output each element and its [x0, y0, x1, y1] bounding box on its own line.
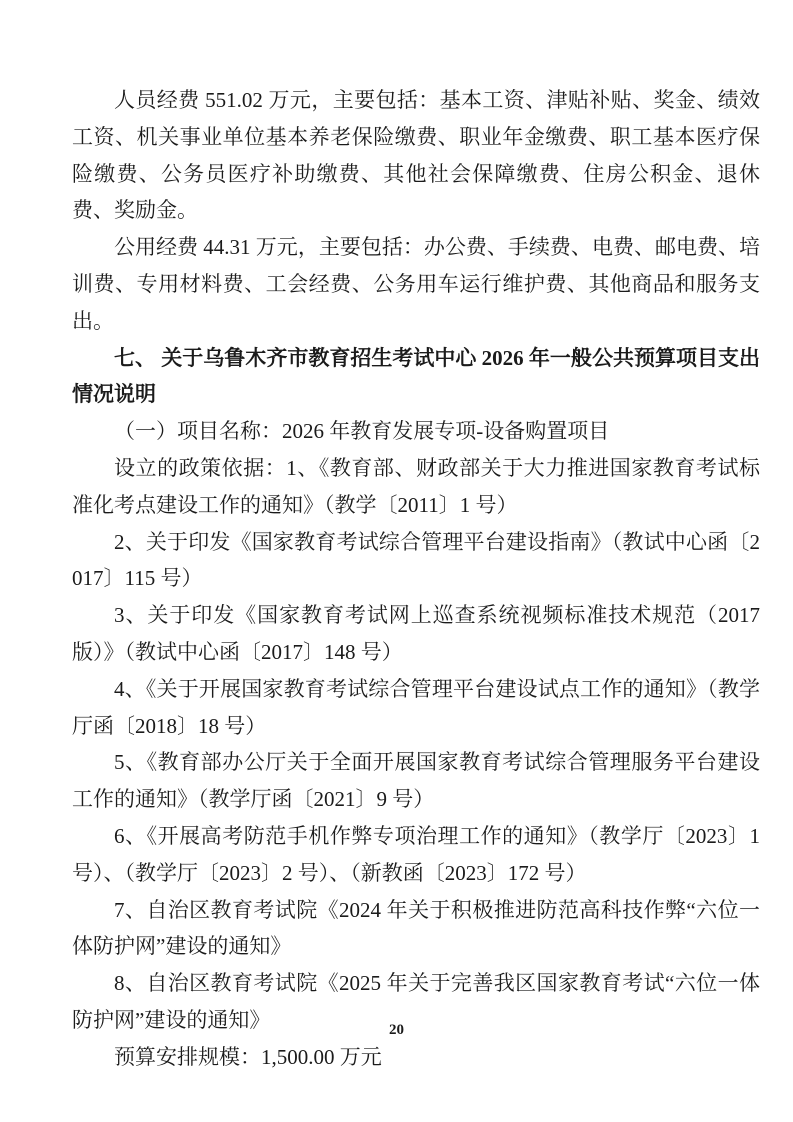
para-budget-scale: 预算安排规模：1,500.00 万元 [72, 1039, 760, 1076]
para-policy-basis-7: 7、自治区教育考试院《2024 年关于积极推进防范高科技作弊“六位一体防护网”建… [72, 892, 760, 966]
para-policy-basis-2: 2、关于印发《国家教育考试综合管理平台建设指南》（教试中心函〔2017〕115 … [72, 524, 760, 598]
document-body: 人员经费 551.02 万元，主要包括：基本工资、津贴补贴、奖金、绩效工资、机关… [72, 82, 760, 1076]
para-public-funds: 公用经费 44.31 万元，主要包括：办公费、手续费、电费、邮电费、培训费、专用… [72, 229, 760, 339]
document-page: 人员经费 551.02 万元，主要包括：基本工资、津贴补贴、奖金、绩效工资、机关… [0, 0, 793, 1122]
para-policy-basis-4: 4、《关于开展国家教育考试综合管理平台建设试点工作的通知》（教学厅函〔2018〕… [72, 671, 760, 745]
page-number: 20 [0, 1022, 793, 1039]
para-personnel-funds: 人员经费 551.02 万元，主要包括：基本工资、津贴补贴、奖金、绩效工资、机关… [72, 82, 760, 229]
para-policy-basis-6: 6、《开展高考防范手机作弊专项治理工作的通知》（教学厅〔2023〕1 号）、（教… [72, 818, 760, 892]
para-policy-basis-5: 5、《教育部办公厅关于全面开展国家教育考试综合管理服务平台建设工作的通知》（教学… [72, 744, 760, 818]
para-policy-basis-1: 设立的政策依据：1、《教育部、财政部关于大力推进国家教育考试标准化考点建设工作的… [72, 450, 760, 524]
section-7-heading: 七、 关于乌鲁木齐市教育招生考试中心 2026 年一般公共预算项目支出情况说明 [72, 340, 760, 414]
para-project-name: （一）项目名称：2026 年教育发展专项-设备购置项目 [72, 413, 760, 450]
para-policy-basis-3: 3、关于印发《国家教育考试网上巡查系统视频标准技术规范（2017 版）》（教试中… [72, 597, 760, 671]
